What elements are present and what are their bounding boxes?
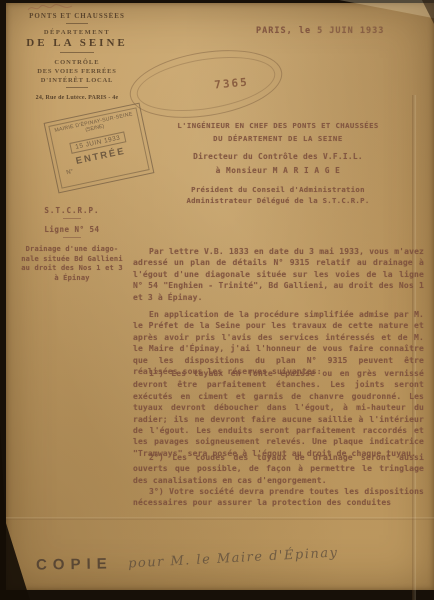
addressee-recipient-title: Président du Conseil d'Administration	[150, 185, 406, 194]
letterhead-department: DÉPARTEMENT	[14, 29, 140, 36]
entry-stamp-inner-frame: MAIRIE D'ÉPINAY-SUR-SEINE (SEINE) 15 JUI…	[48, 107, 149, 188]
letterhead-address: 24, Rue de Lutèce. PARIS - 4e	[14, 95, 140, 101]
letter-paragraph: 1°) Les tuyaux en fonte épaisse ou en gr…	[133, 368, 424, 459]
letterhead-controle: CONTRÔLE	[14, 59, 140, 66]
letterhead: PONTS ET CHAUSSÉES DÉPARTEMENT DE LA SEI…	[14, 12, 140, 101]
reference-subject: Drainage d'une diago- nale située Bd Gal…	[8, 245, 136, 283]
divider	[66, 87, 88, 88]
letter-paragraph: 2°) Les coudes des tuyaux de drainage se…	[133, 452, 424, 486]
addressee-sender-title: L'INGÉNIEUR EN CHEF DES PONTS ET CHAUSSÉ…	[150, 121, 406, 130]
dateline: PARIS, le5 JUIN 1933	[256, 26, 384, 36]
divider	[66, 23, 88, 24]
letter-paragraph: Par lettre V.B. 1833 en date du 3 mai 19…	[133, 246, 424, 303]
divider	[60, 52, 94, 53]
reference-subject-line: Drainage d'une diago-	[8, 245, 136, 255]
dateline-date: 5 JUIN 1933	[317, 26, 384, 36]
addressee-sender-department: DU DÉPARTEMENT DE LA SEINE	[150, 134, 406, 143]
letterhead-administration: PONTS ET CHAUSSÉES	[14, 12, 140, 20]
addressee-recipient-company: Administrateur Délégué de la S.T.C.R.P.	[150, 196, 406, 205]
letter-paragraph: 3°) Votre société devra prendre toutes l…	[133, 486, 424, 509]
addressee-recipient-name: à Monsieur M A R I A G E	[150, 166, 406, 175]
letterhead-seine: DE LA SEINE	[14, 37, 140, 49]
reference-line: Ligne N° 54	[8, 225, 136, 234]
addressee-block: L'INGÉNIEUR EN CHEF DES PONTS ET CHAUSSÉ…	[150, 121, 406, 205]
reference-block: S.T.C.R.P. Ligne N° 54 Drainage d'une di…	[8, 206, 136, 283]
letterhead-interet-local: D'INTÉRÊT LOCAL	[14, 77, 140, 84]
letterhead-voies-ferrees: DES VOIES FERRÉES	[14, 68, 140, 75]
reference-subject-line: au droit des Nos 1 et 3	[8, 264, 136, 274]
addressee-sender-role: Directeur du Contrôle des V.F.I.L.	[150, 152, 406, 161]
divider	[63, 237, 81, 238]
dateline-place: PARIS, le	[256, 26, 311, 36]
copy-stamp: COPIE	[36, 555, 113, 573]
paper-crease-horizontal	[6, 517, 434, 520]
scanned-letter-page: PONTS ET CHAUSSÉES DÉPARTEMENT DE LA SEI…	[0, 0, 434, 600]
divider	[63, 218, 81, 219]
reference-subject-line: à Épinay	[8, 274, 136, 284]
reference-subject-line: nale située Bd Gallieni	[8, 255, 136, 265]
reference-company: S.T.C.R.P.	[8, 206, 136, 215]
